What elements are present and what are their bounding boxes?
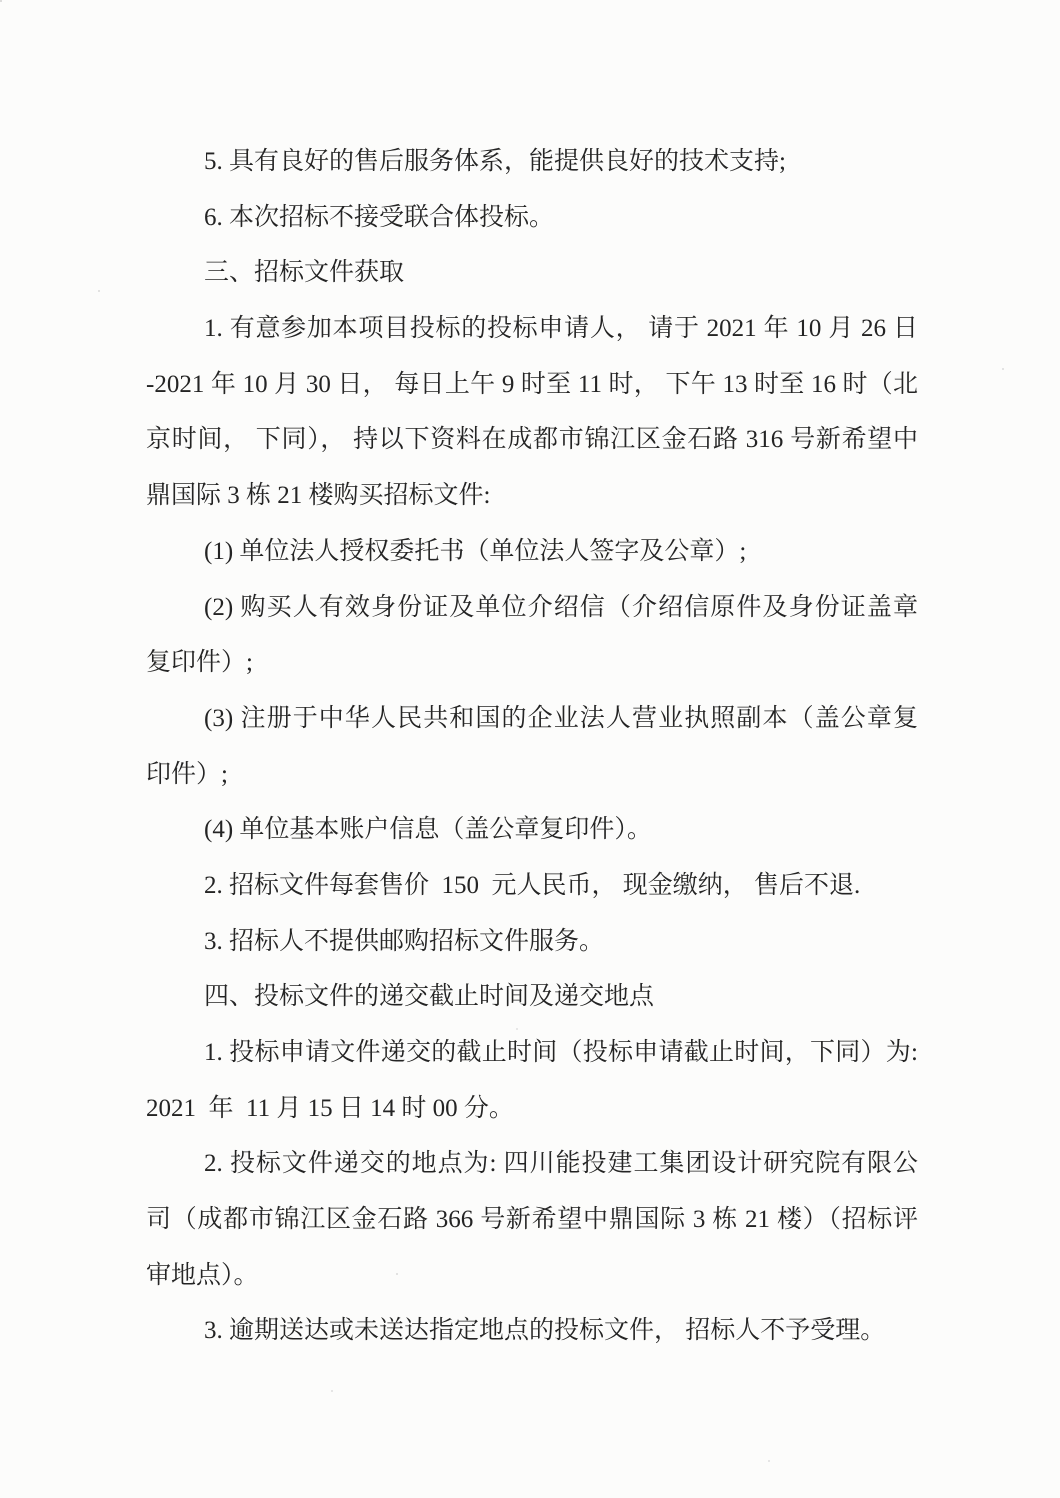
paragraph-line: 审地点）。 — [146, 1248, 918, 1304]
paragraph-line: 司（成都市锦江区金石路 366 号新希望中鼎国际 3 栋 21 楼）（招标评 — [146, 1192, 918, 1248]
deadline-item: 1. 投标申请文件递交的截止时间（投标申请截止时间，下同）为: — [146, 1025, 918, 1081]
document-body: 5. 具有良好的售后服务体系，能提供良好的技术支持; 6. 本次招标不接受联合体… — [146, 134, 918, 1359]
late-delivery-item: 3. 逾期送达或未送达指定地点的投标文件， 招标人不予受理。 — [146, 1303, 918, 1359]
paragraph-line: 鼎国际 3 栋 21 楼购买招标文件: — [146, 468, 918, 524]
paragraph-line: 印件）; — [146, 747, 918, 803]
document-list-item-4: (4) 单位基本账户信息（盖公章复印件）。 — [146, 802, 918, 858]
requirement-item-5: 5. 具有良好的售后服务体系，能提供良好的技术支持; — [146, 134, 918, 190]
document-list-item-3: (3) 注册于中华人民共和国的企业法人营业执照副本（盖公章复 — [146, 691, 918, 747]
section-4-heading: 四、投标文件的递交截止时间及递交地点 — [146, 969, 918, 1025]
paragraph-line: 1. 有意参加本项目投标的投标申请人， 请于 2021 年 10 月 26 日 — [146, 301, 918, 357]
document-list-item-1: (1) 单位法人授权委托书（单位法人签字及公章）; — [146, 524, 918, 580]
no-mail-order-item: 3. 招标人不提供邮购招标文件服务。 — [146, 914, 918, 970]
paragraph-line: -2021 年 10 月 30 日， 每日上午 9 时至 11 时， 下午 13… — [146, 357, 918, 413]
delivery-place-item: 2. 投标文件递交的地点为: 四川能投建工集团设计研究院有限公 — [146, 1136, 918, 1192]
deadline-date: 2021 年 11 月 15 日 14 时 00 分。 — [146, 1081, 918, 1137]
paragraph-line: 复印件）; — [146, 635, 918, 691]
section-3-heading: 三、招标文件获取 — [146, 245, 918, 301]
price-item: 2. 招标文件每套售价 150 元人民币， 现金缴纳， 售后不退. — [146, 858, 918, 914]
document-list-item-2: (2) 购买人有效身份证及单位介绍信（介绍信原件及身份证盖章 — [146, 580, 918, 636]
requirement-item-6: 6. 本次招标不接受联合体投标。 — [146, 190, 918, 246]
document-page: 5. 具有良好的售后服务体系，能提供良好的技术支持; 6. 本次招标不接受联合体… — [0, 0, 1060, 1498]
paragraph-line: 京时间， 下同）， 持以下资料在成都市锦江区金石路 316 号新希望中 — [146, 412, 918, 468]
